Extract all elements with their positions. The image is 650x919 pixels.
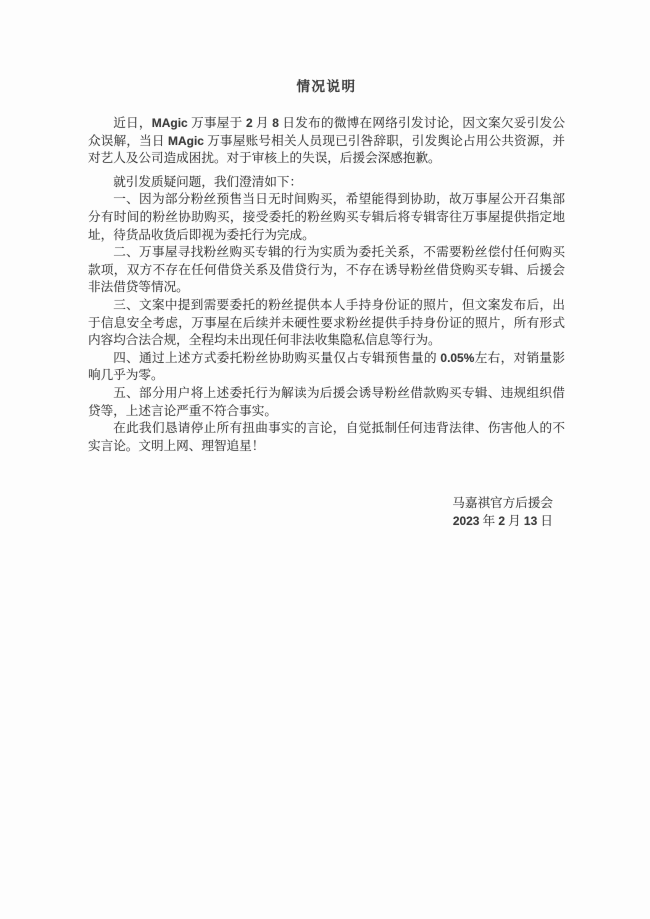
- point-5-paragraph: 五、部分用户将上述委托行为解读为后援会诱导粉丝借款购买专辑、违规组织借贷等，上述…: [88, 385, 565, 420]
- document-body: 近日，MAgic 万事屋于 2 月 8 日发布的微博在网络引发讨论，因文案欠妥引…: [88, 115, 565, 455]
- signature-org: 马嘉祺官方后援会: [88, 495, 553, 513]
- signature-date: 2023 年 2 月 13 日: [88, 513, 553, 531]
- document-content: 情况说明 近日，MAgic 万事屋于 2 月 8 日发布的微博在网络引发讨论，因…: [88, 80, 565, 530]
- scanned-statement-page: 情况说明 近日，MAgic 万事屋于 2 月 8 日发布的微博在网络引发讨论，因…: [0, 0, 650, 919]
- latin-text: MAgic: [152, 116, 188, 130]
- intro-paragraph: 近日，MAgic 万事屋于 2 月 8 日发布的微博在网络引发讨论，因文案欠妥引…: [88, 115, 565, 168]
- point-1-paragraph: 一、因为部分粉丝预售当日无时间购买，希望能得到协助，故万事屋公开召集部分有时间的…: [88, 191, 565, 244]
- point-4-paragraph: 四、通过上述方式委托粉丝协助购买量仅占专辑预售量的 0.05%左右，对销量影响几…: [88, 350, 565, 385]
- latin-text: 2023: [453, 514, 480, 528]
- latin-text: 2: [498, 514, 505, 528]
- signature-block: 马嘉祺官方后援会 2023 年 2 月 13 日: [88, 495, 565, 530]
- latin-text: 2: [246, 116, 253, 130]
- document-title: 情况说明: [88, 80, 565, 94]
- clarify-lead-paragraph: 就引发质疑问题，我们澄清如下：: [88, 174, 565, 192]
- latin-text: 0.05%: [440, 351, 474, 365]
- closing-paragraph: 在此我们恳请停止所有扭曲事实的言论，自觉抵制任何违背法律、伤害他人的不实言论。文…: [88, 420, 565, 455]
- latin-text: 13: [524, 514, 537, 528]
- latin-text: MAgic: [168, 134, 204, 148]
- point-3-paragraph: 三、文案中提到需要委托的粉丝提供本人手持身份证的照片，但文案发布后，出于信息安全…: [88, 297, 565, 350]
- latin-text: 8: [272, 116, 279, 130]
- point-2-paragraph: 二、万事屋寻找粉丝购买专辑的行为实质为委托关系，不需要粉丝偿付任何购买款项，双方…: [88, 244, 565, 297]
